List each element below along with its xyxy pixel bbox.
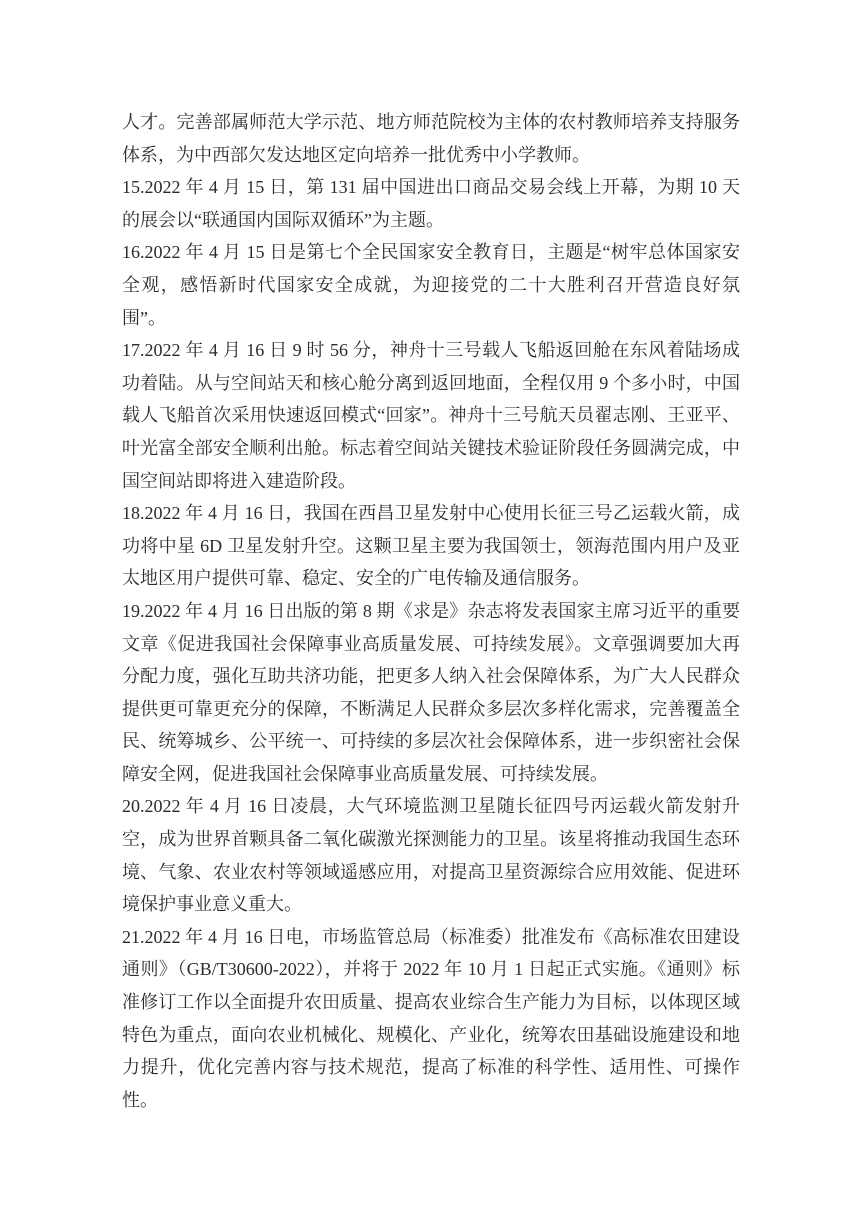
paragraph-item-16: 16.2022 年 4 月 15 日是第七个全民国家安全教育日，主题是“树牢总体…	[122, 236, 740, 334]
paragraph-item-19: 19.2022 年 4 月 16 日出版的第 8 期《求是》杂志将发表国家主席习…	[122, 595, 740, 791]
document-page: 人才。完善部属师范大学示范、地方师范院校为主体的农村教师培养支持服务体系，为中西…	[0, 0, 860, 1216]
paragraph-item-17: 17.2022 年 4 月 16 日 9 时 56 分，神舟十三号载人飞船返回舱…	[122, 334, 740, 497]
paragraph-item-14-continuation: 人才。完善部属师范大学示范、地方师范院校为主体的农村教师培养支持服务体系，为中西…	[122, 106, 740, 171]
paragraph-item-18: 18.2022 年 4 月 16 日，我国在西昌卫星发射中心使用长征三号乙运载火…	[122, 497, 740, 595]
paragraph-item-20: 20.2022 年 4 月 16 日凌晨，大气环境监测卫星随长征四号丙运载火箭发…	[122, 790, 740, 920]
paragraph-item-21: 21.2022 年 4 月 16 日电，市场监管总局（标准委）批准发布《高标准农…	[122, 921, 740, 1117]
paragraph-item-15: 15.2022 年 4 月 15 日，第 131 届中国进出口商品交易会线上开幕…	[122, 171, 740, 236]
